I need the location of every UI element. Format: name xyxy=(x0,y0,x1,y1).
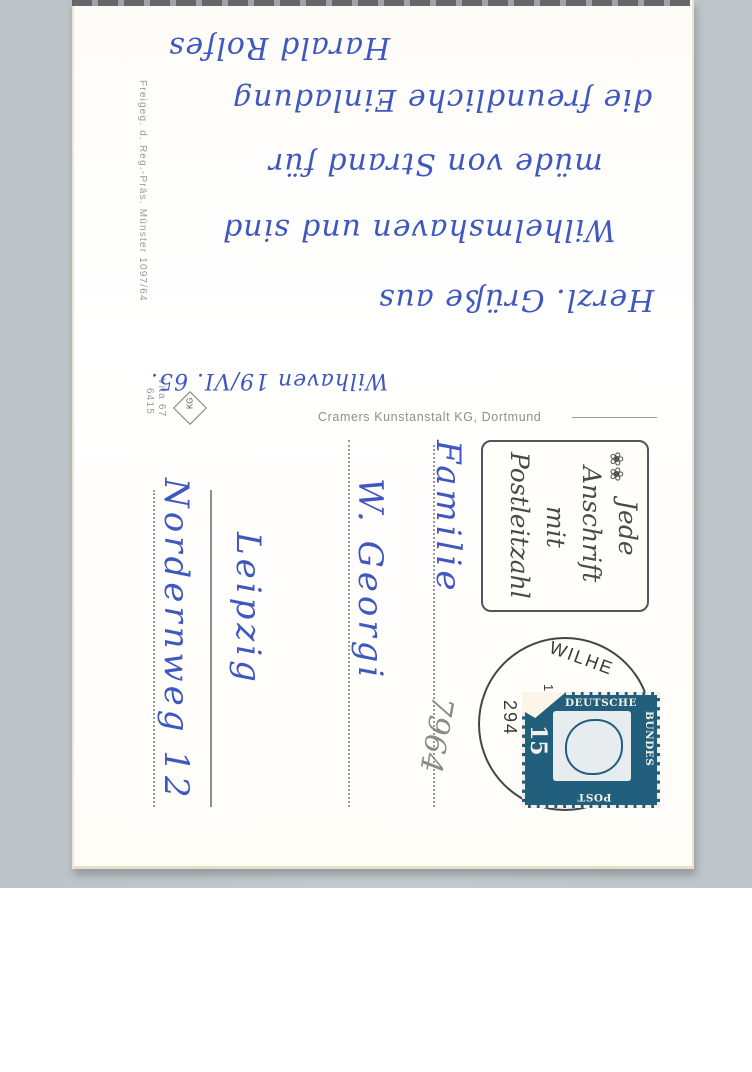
slogan-line-4: Postleitzahl xyxy=(505,452,533,599)
postmark-postcode: 294 xyxy=(499,700,520,736)
address-rule-3 xyxy=(210,490,212,807)
address-line-3: Leipzig xyxy=(228,532,268,686)
clover-icon: ❀❀ xyxy=(606,451,627,481)
message-line-2: Wilhelmshaven und sind xyxy=(222,212,616,247)
message-signature: Harald Rolfes xyxy=(168,30,390,65)
address-line-2: W. Georgi xyxy=(350,478,390,681)
stamp-portrait-panel xyxy=(553,711,631,781)
postcard-top-edge xyxy=(72,0,690,6)
address-rule-4 xyxy=(153,490,155,807)
message-line-4: die freundliche Einladung xyxy=(232,82,652,117)
slogan-cancellation: ❀❀ Jede Anschrift mit Postleitzahl xyxy=(481,440,649,612)
logo-text: KG xyxy=(186,397,195,409)
publisher-rule xyxy=(572,417,657,418)
stamp-country-bottom: POST xyxy=(577,791,611,803)
stamp-country-side: BUNDES xyxy=(643,711,655,766)
address-line-1: Familie xyxy=(428,440,468,595)
address-line-4: Nordernweg 12 xyxy=(156,478,196,802)
message-line-1: Herzl. Grüße aus xyxy=(378,282,654,317)
stamp-value: 15 xyxy=(525,725,551,756)
stamp-country-top: DEUTSCHE xyxy=(565,697,637,709)
message-line-3: müde von Strand für xyxy=(268,146,603,181)
slogan-line-3: mit xyxy=(541,506,569,548)
publisher-imprint: Cramers Kunstanstalt KG, Dortmund xyxy=(318,410,541,424)
message-date: Wilhaven 19/VI. 65. xyxy=(150,368,388,393)
portrait-icon xyxy=(565,719,623,775)
approval-notice: Freigeg. d. Reg.-Präs. Münster 1097/64 xyxy=(137,80,148,302)
slogan-line-1: Jede xyxy=(613,500,641,556)
slogan-line-2: Anschrift xyxy=(577,466,605,582)
